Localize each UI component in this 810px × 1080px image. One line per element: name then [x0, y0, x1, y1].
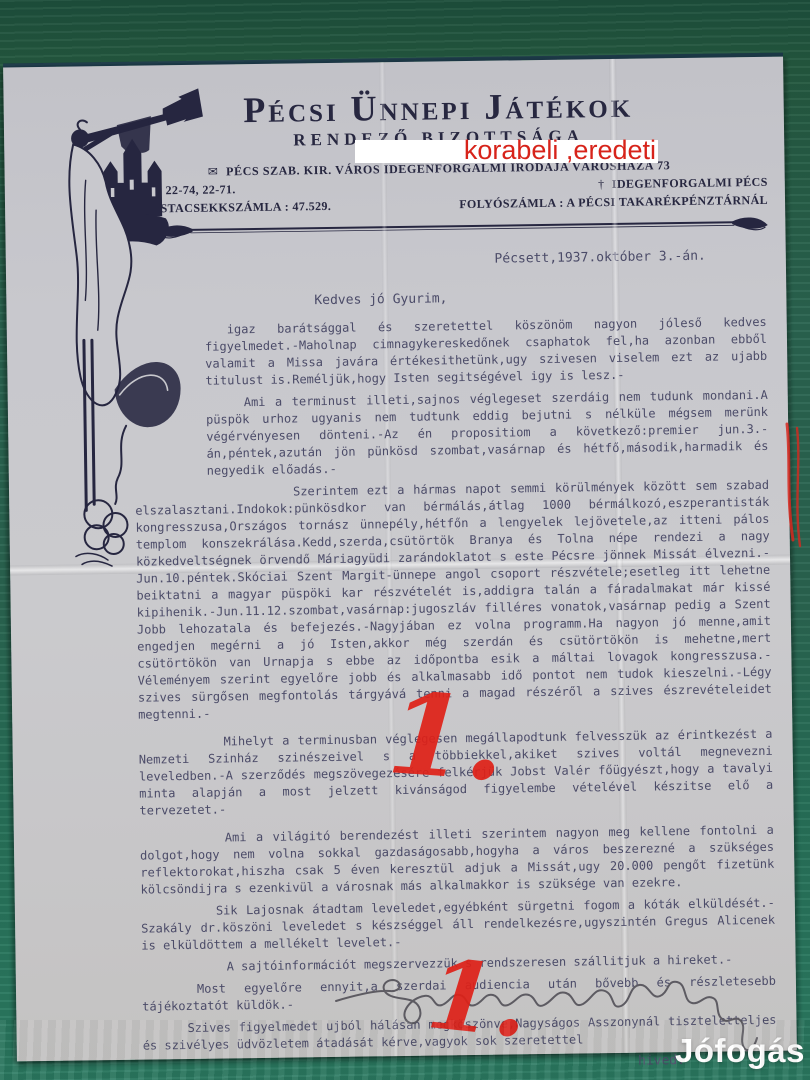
- jofogas-watermark: Jófogás: [675, 1032, 805, 1070]
- censor-banner: korabeli ,eredeti: [355, 140, 658, 163]
- paragraph: Ami a világitó berendezést illeti szerin…: [140, 822, 775, 899]
- bank-account: FOLYÓSZÁMLA : A PÉCSI TAKARÉKPÉNZTÁRNÁL: [459, 193, 768, 212]
- salutation: Kedves jó Gyurim,: [314, 287, 786, 309]
- letter-paper: Pécsi Ünnepi Játékok RENDEZŐ BIZOTTSÁGA …: [3, 57, 797, 1062]
- paragraph: Mihelyt a terminusban véglegesen megálla…: [138, 726, 773, 820]
- closing: hived:: [17, 1053, 685, 1077]
- paragraph: Szerintem ezt a hármas napot semmi körül…: [135, 477, 772, 724]
- telegraph-address: † IDEGENFORGALMI PÉCS: [598, 175, 768, 192]
- paragraph: Ami a terminust illeti,sajnos véglegeset…: [134, 387, 769, 481]
- paragraph: Most egyelőre ennyit,a szerdai audiencia…: [142, 973, 776, 1016]
- illustration-wrap-spacer: [134, 426, 207, 489]
- paragraph: Sik Lajosnak átadtam leveledet,egyébként…: [141, 895, 776, 955]
- banner-text: korabeli ,eredeti: [464, 135, 656, 166]
- photo-background: Pécsi Ünnepi Játékok RENDEZŐ BIZOTTSÁGA …: [0, 0, 810, 1080]
- letter-body: igaz barátsággal és szeretettel köszönöm…: [133, 314, 777, 1055]
- telegraph-cross-icon: †: [598, 177, 605, 191]
- paragraph: igaz barátsággal és szeretettel köszönöm…: [133, 314, 768, 391]
- flourish-divider: [156, 214, 768, 241]
- paragraph: A sajtóinformációt megszervezzük s rends…: [142, 951, 776, 977]
- red-pen-edge-marks: [797, 428, 800, 546]
